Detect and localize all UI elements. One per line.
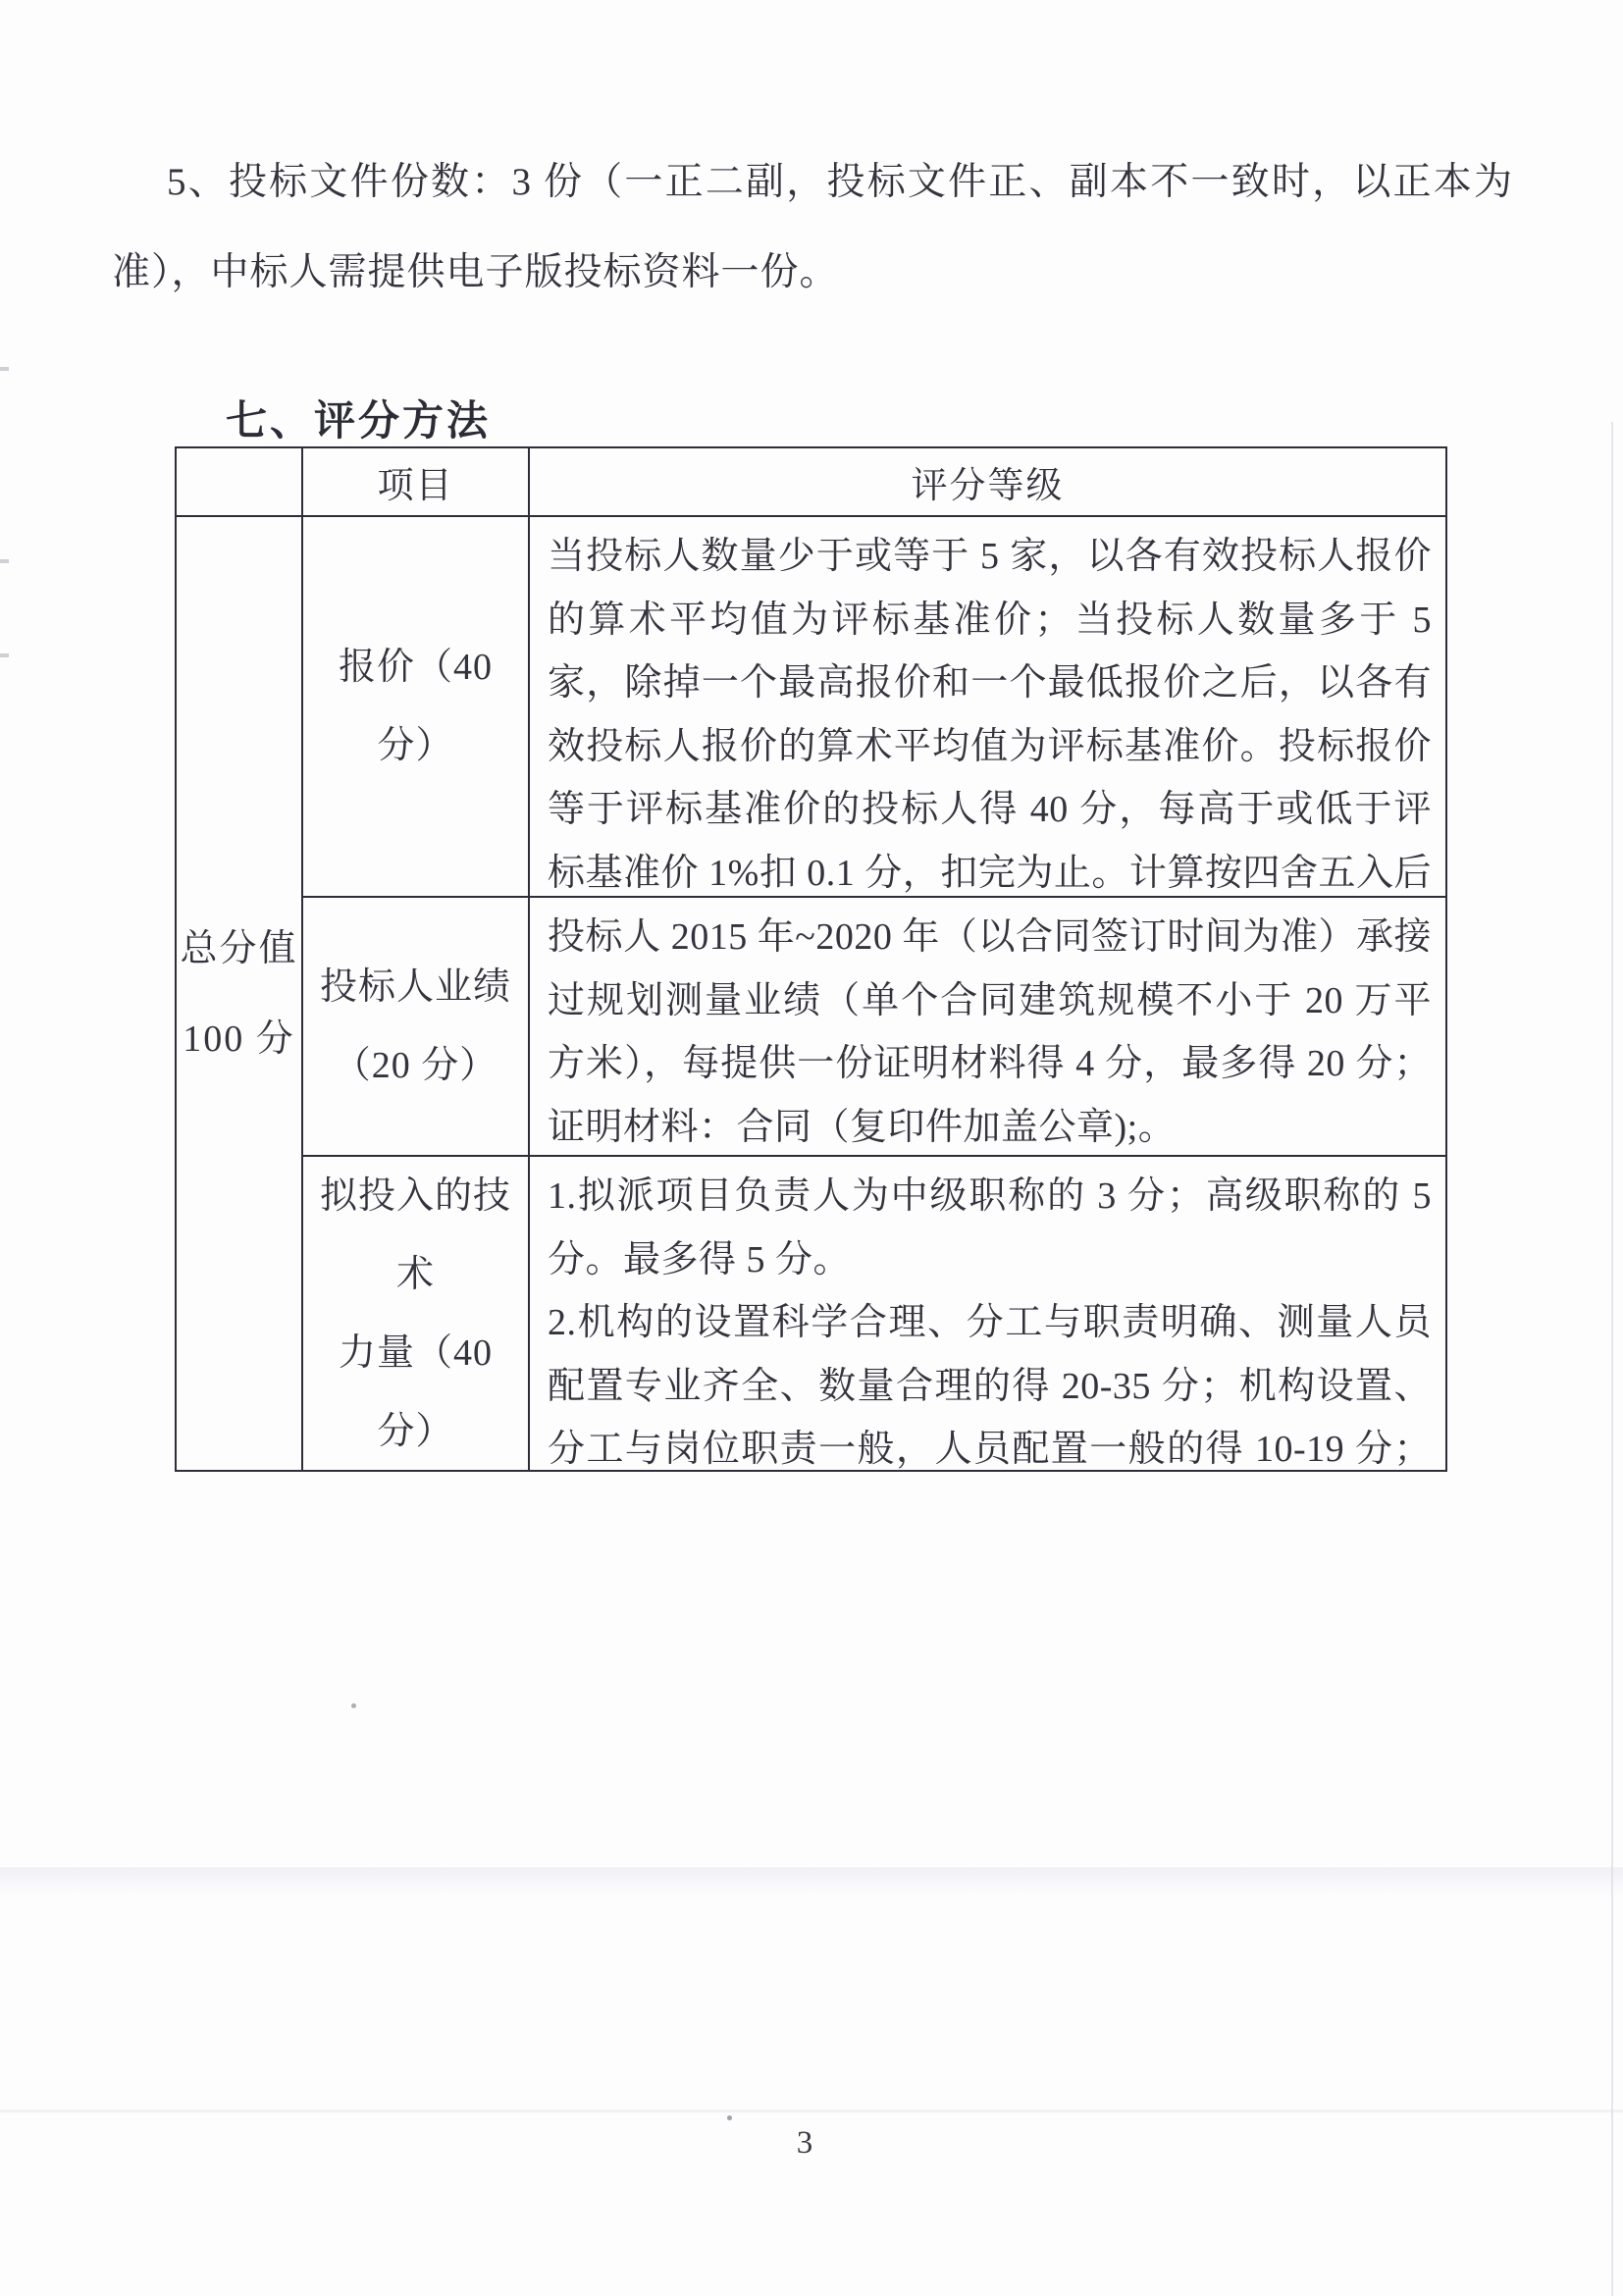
scan-speck — [351, 1703, 356, 1708]
total-score-cell: 总分值 100 分 — [177, 517, 303, 1470]
scan-faint-line — [0, 2110, 1623, 2113]
scan-edge-line — [1611, 422, 1613, 2296]
table-row-item-technical: 拟投入的技术 力量（40 分） — [303, 1157, 530, 1470]
scan-speck — [727, 2115, 732, 2120]
scoring-method-table: 项目 评分等级 总分值 100 分 报价（40 分） 当投标人数量少于或等于 5… — [175, 446, 1447, 1472]
table-row-criteria-technical: 1.拟派项目负责人为中级职称的 3 分；高级职称的 5 分。最多得 5 分。 2… — [530, 1157, 1445, 1470]
table-row-criteria-price: 当投标人数量少于或等于 5 家，以各有效投标人报价的算术平均值为评标基准价；当投… — [530, 517, 1445, 898]
table-header-item: 项目 — [303, 448, 530, 517]
table-row-item-performance: 投标人业绩 （20 分） — [303, 898, 530, 1157]
scan-edge-mark — [0, 653, 9, 657]
table-row-criteria-performance: 投标人 2015 年~2020 年（以合同签订时间为准）承接过规划测量业绩（单个… — [530, 898, 1445, 1157]
page-number: 3 — [687, 2125, 922, 2162]
scan-edge-mark — [0, 367, 9, 371]
section-heading: 七、评分方法 — [226, 389, 491, 447]
table-header-empty — [177, 448, 303, 517]
scan-fold-band — [0, 1867, 1623, 1897]
table-row-item-price: 报价（40 分） — [303, 517, 530, 898]
intro-paragraph: 5、投标文件份数：3 份（一正二副，投标文件正、副本不一致时，以正本为准），中标… — [112, 137, 1513, 318]
table-header-criteria: 评分等级 — [530, 448, 1445, 517]
scan-edge-mark — [0, 559, 9, 563]
